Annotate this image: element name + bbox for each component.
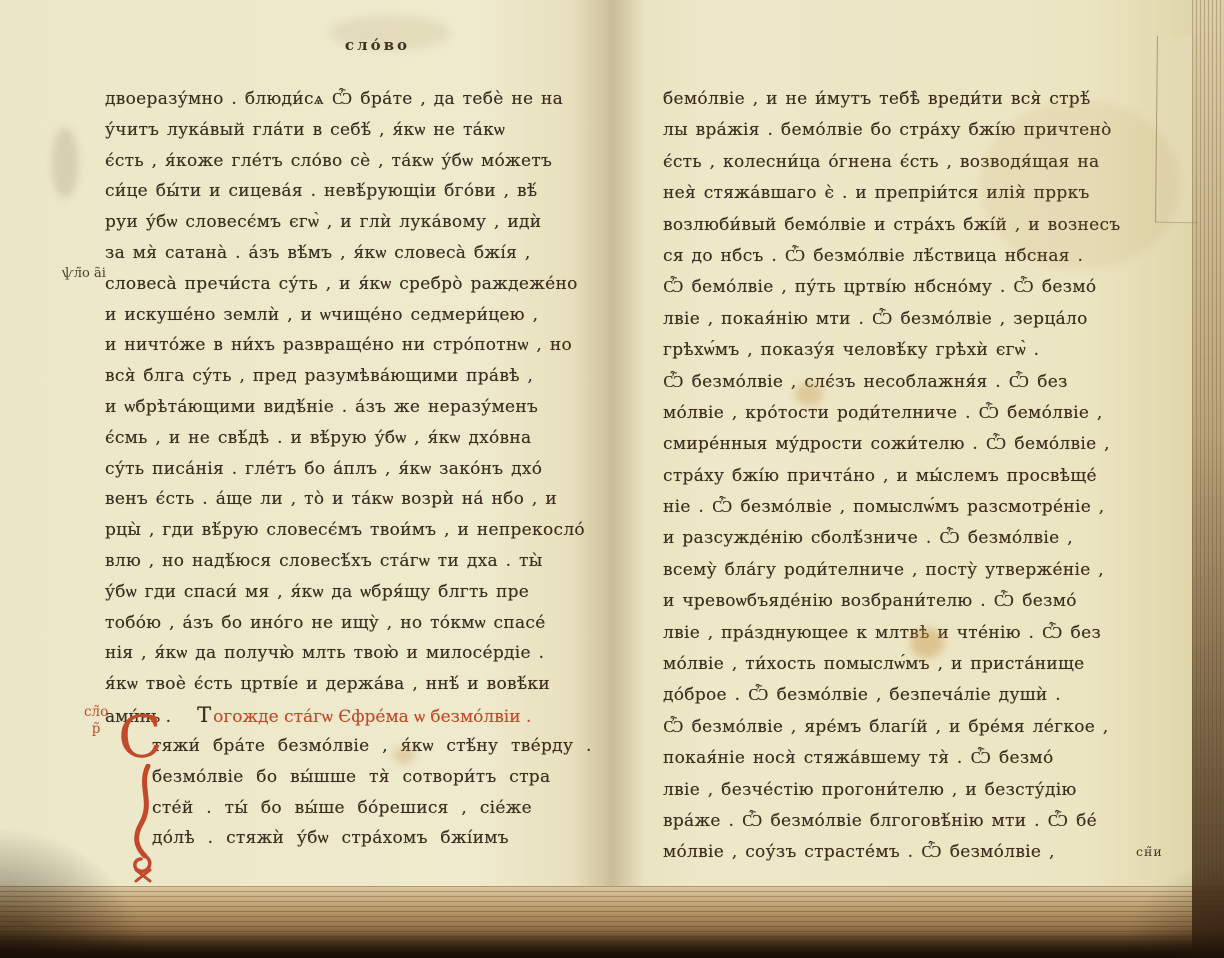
text-line: сте́й . ты́ бо вы́ше бо́решися , сіе́же xyxy=(152,793,582,824)
text-line: си́це бы́ти и сицева́я . невѣ́рующіи бго… xyxy=(105,176,583,207)
text-line: и чревоѡбъяде́нію возбрани́телю . Ѽ безм… xyxy=(663,586,1181,617)
page-block-edge-bottom xyxy=(0,886,1224,958)
text-line: Ѽ безмо́лвіе , слє́зъ несоблажня́я . Ѽ б… xyxy=(663,367,1181,398)
folio-mark: сн̃и xyxy=(1136,844,1163,859)
text-line: и разсужде́нію сболѣ́зниче . Ѽ безмо́лві… xyxy=(663,523,1181,554)
text-line: венъ є́сть . а́ще ли , то̀ и та́кѡ возрѝ… xyxy=(105,484,583,515)
text-line: до́брое . Ѽ безмо́лвіе , безпеча́ліе душ… xyxy=(663,680,1181,711)
margin-note-chapter-number: р̃ xyxy=(84,721,108,738)
text-line: мо́лвіе , соу́зъ страсте́мъ . Ѽ безмо́лв… xyxy=(663,837,1181,868)
text-line: вся̀ блга су́ть , пред разумѣва́ющими пр… xyxy=(105,361,583,392)
text-line: тяжи́ бра́те безмо́лвіе , я́кѡ стѣ́ну тв… xyxy=(152,731,582,762)
text-line: двоеразу́мно . блюди́сѧ Ѽ бра́те , да те… xyxy=(105,84,583,115)
text-line: покая́ніе нося̀ стяжа́вшему тя̀ . Ѽ безм… xyxy=(663,743,1181,774)
text-line: рцы̀ , гди вѣ́рую словесє́мъ твои́мъ , и… xyxy=(105,515,583,546)
left-section-block: тяжи́ бра́те безмо́лвіе , я́кѡ стѣ́ну тв… xyxy=(152,731,582,854)
book-gutter xyxy=(572,0,644,890)
text-line: є́сть , я́коже гле́тъ сло́во сѐ , та́кѡ … xyxy=(105,146,583,177)
paper-stain xyxy=(393,746,415,764)
text-line: тобо́ю , а́зъ бо ино́го не ищу̀ , но то́… xyxy=(105,608,583,639)
margin-note-psalm: ѱл̃о а̃і xyxy=(62,266,106,281)
paper-stain xyxy=(52,128,78,198)
ornament-flourish-icon xyxy=(126,764,166,884)
text-line: вра́же . Ѽ безмо́лвіе блгоговѣ́нію мти .… xyxy=(663,806,1181,837)
text-line: у́бѡ гди спаси́ мя , я́кѡ да ѡбря́щу блг… xyxy=(105,577,583,608)
paper-stain xyxy=(795,382,823,406)
text-line: руи у́бѡ словесє́мъ єгѡ̀ , и глѝ лука́во… xyxy=(105,207,583,238)
text-line: до́лѣ . стяжѝ у́бѡ стра́хомъ бжі́имъ xyxy=(152,823,582,854)
text-line: и ѡбрѣта́ющими видѣ́ніе . а́зъ же неразу… xyxy=(105,392,583,423)
heading-initial: Т xyxy=(197,703,211,727)
text-line: лвіе , безче́стію прогони́телю , и безст… xyxy=(663,775,1181,806)
paper-stain xyxy=(980,100,1180,270)
left-page: сло́во двоеразу́мно . блюди́сѧ Ѽ бра́те … xyxy=(0,0,600,890)
text-line: су́ть писа́нія . гле́тъ бо а́плъ , я́кѡ … xyxy=(105,454,583,485)
text-line: мо́лвіе , кро́тости роди́телниче . Ѽ бем… xyxy=(663,398,1181,429)
text-line: Ѽ безмо́лвіе , яре́мъ благі́й , и бре́мя… xyxy=(663,712,1181,743)
margin-note-chapter-word: сл̃о xyxy=(84,704,108,721)
text-line: стра́ху бжі́ю причта́но , и мы́слемъ про… xyxy=(663,461,1181,492)
text-line: грѣхѡ́мъ , показу́я человѣ́ку грѣхѝ єгѡ̀… xyxy=(663,335,1181,366)
text-line: Ѽ бемо́лвіе , пу́ть цртві́ю нбсно́му . Ѽ… xyxy=(663,272,1181,303)
book-scan: сло́во двоеразу́мно . блюди́сѧ Ѽ бра́те … xyxy=(0,0,1224,958)
text-line: и ничто́же в ни́хъ развраще́но ни стро́п… xyxy=(105,330,583,361)
left-text-block: двоеразу́мно . блюди́сѧ Ѽ бра́те , да те… xyxy=(105,84,583,700)
page-block-edge-right xyxy=(1192,0,1224,958)
text-line: є́смь , и не свѣ́дѣ . и вѣ́рую у́бѡ , я́… xyxy=(105,423,583,454)
section-heading-rubric: огожде ста́гѡ Єфре́ма ѡ безмо́лвіи . xyxy=(213,707,531,727)
text-line: у́читъ лука́вый гла́ти в себѣ́ , я́кѡ не… xyxy=(105,115,583,146)
margin-note-chapter: сл̃о р̃ xyxy=(84,704,108,738)
text-line: смире́нныя му́дрости сожи́телю . Ѽ бемо́… xyxy=(663,429,1181,460)
text-line: нія , я́кѡ да получю̀ млть твою̀ и милос… xyxy=(105,638,583,669)
paper-stain xyxy=(910,628,944,658)
text-line: безмо́лвіе бо вы́шше тя̀ сотвори́тъ стра xyxy=(152,762,582,793)
text-line: и искуше́но землѝ , и ѡчище́но седмери́ц… xyxy=(105,300,583,331)
text-line: я́кѡ твоѐ є́сть цртві́е и держа́ва , ннѣ… xyxy=(105,669,583,700)
section-heading-line: ами́нь .Тогожде ста́гѡ Єфре́ма ѡ безмо́л… xyxy=(105,700,583,733)
ornamental-initial: С xyxy=(118,708,164,883)
text-line: словеса̀ пречи́ста су́ть , и я́кѡ сребро… xyxy=(105,269,583,300)
drop-cap-letter: С xyxy=(117,707,166,767)
text-line: за мя̀ сатана̀ . а́зъ вѣ́мъ , я́кѡ слове… xyxy=(105,238,583,269)
text-line: ніе . Ѽ безмо́лвіе , помыслѡ́мъ разсмотр… xyxy=(663,492,1181,523)
text-line: влю , но надѣ́юся словесѣ́хъ ста́гѡ ти д… xyxy=(105,546,583,577)
text-line: лвіе , покая́нію мти . Ѽ безмо́лвіе , зе… xyxy=(663,304,1181,335)
text-line: всему̀ бла́гу роди́телниче , посту̀ утве… xyxy=(663,555,1181,586)
paper-stain xyxy=(330,16,450,50)
